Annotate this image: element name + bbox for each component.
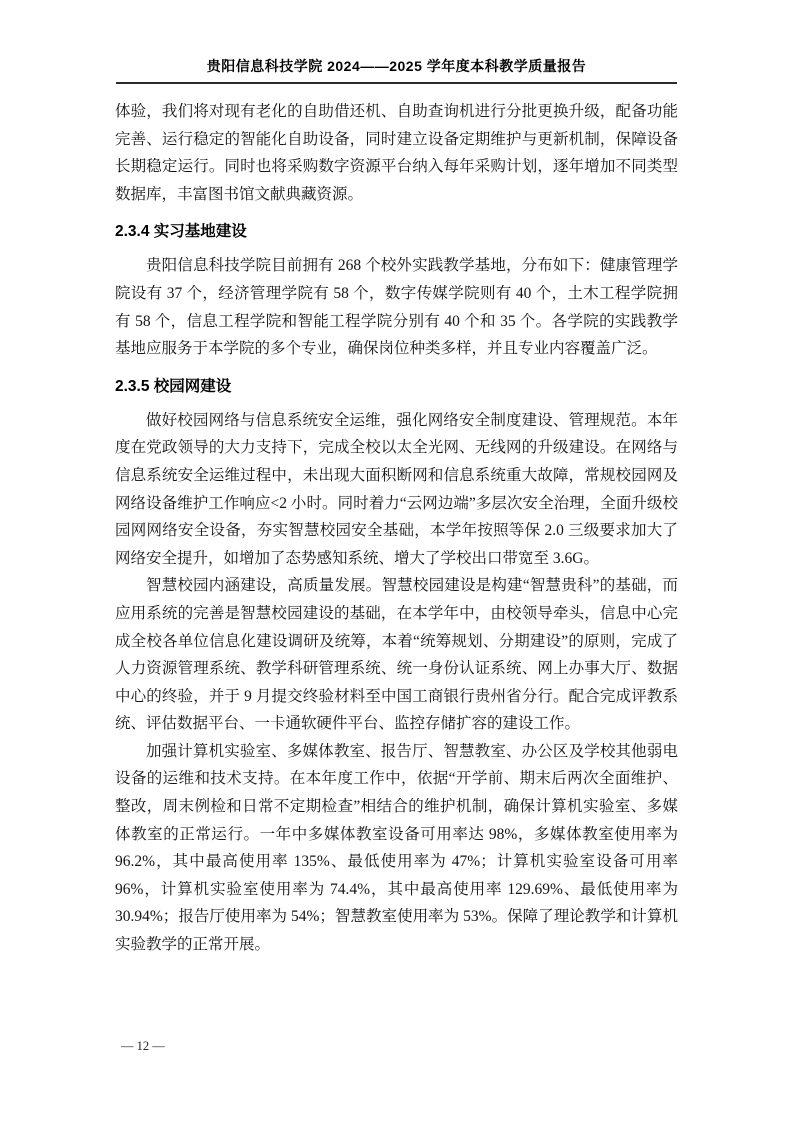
equipment-maintenance-stats-paragraph: 加强计算机实验室、多媒体教室、报告厅、智慧教室、办公区及学校其他弱电设备的运维和… [115, 738, 678, 959]
practice-base-paragraph: 贵阳信息科技学院目前拥有 268 个校外实践教学基地，分布如下：健康管理学院设有… [115, 252, 678, 362]
report-title: 贵阳信息科技学院 2024——2025 学年度本科教学质量报告 [116, 56, 677, 76]
page-number: — 12 — [121, 1039, 165, 1054]
smart-campus-paragraph: 智慧校园内涵建设，高质量发展。智慧校园建设是构建“智慧贵科”的基础，而应用系统的… [115, 572, 678, 738]
continued-paragraph-library-equipment: 体验，我们将对现有老化的自助借还机、自助查询机进行分批更换升级，配备功能完善、运… [115, 98, 678, 208]
section-heading-2-3-5: 2.3.5 校园网建设 [115, 376, 678, 398]
document-page: 贵阳信息科技学院 2024——2025 学年度本科教学质量报告 体验，我们将对现… [0, 0, 793, 1122]
page-header: 贵阳信息科技学院 2024——2025 学年度本科教学质量报告 [0, 0, 793, 84]
document-body: 体验，我们将对现有老化的自助借还机、自助查询机进行分批更换升级，配备功能完善、运… [0, 84, 793, 959]
section-heading-2-3-4: 2.3.4 实习基地建设 [115, 221, 678, 243]
campus-network-security-paragraph: 做好校园网络与信息系统安全运维，强化网络安全制度建设、管理规范。本年度在党政领导… [115, 407, 678, 573]
